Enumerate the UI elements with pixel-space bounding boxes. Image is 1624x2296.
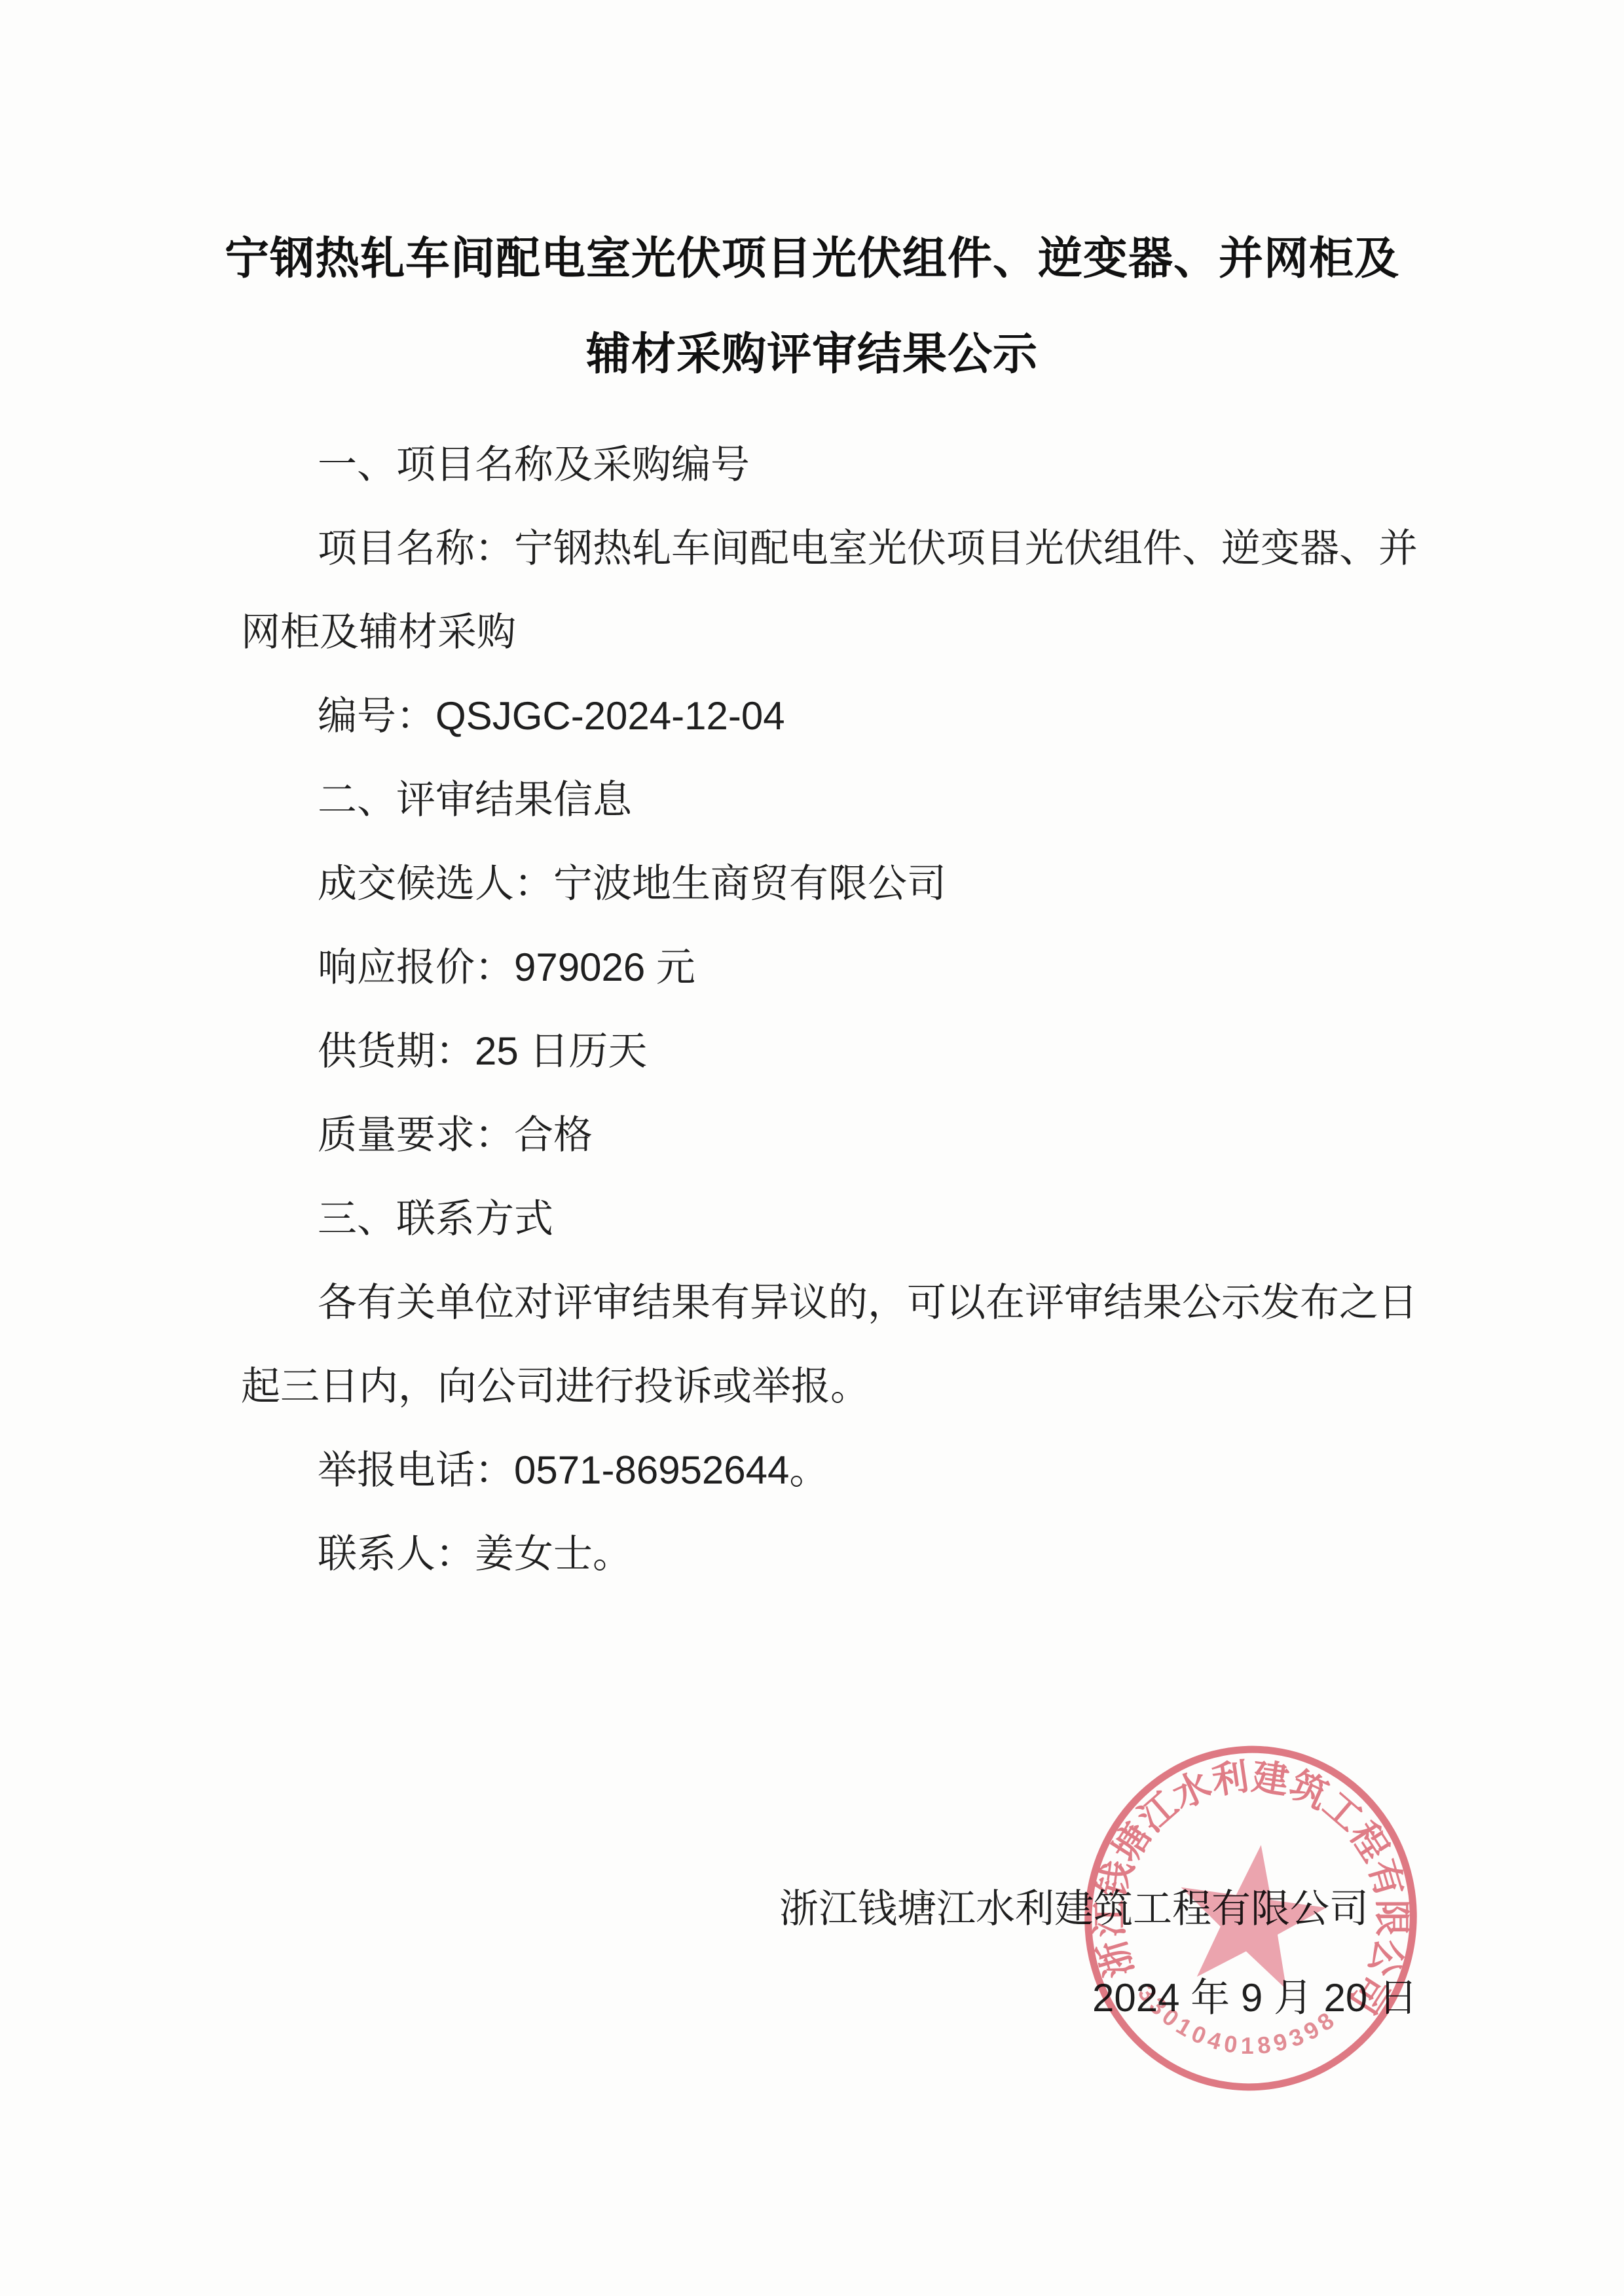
document-body: 一、项目名称及采购编号 项目名称：宁钢热轧车间配电室光伏项目光伏组件、逆变器、并… — [241, 423, 1420, 1596]
quality-requirement: 质量要求：合格 — [241, 1093, 1420, 1177]
section3-heading: 三、联系方式 — [241, 1177, 1420, 1261]
project-name-line-1: 项目名称：宁钢热轧车间配电室光伏项目光伏组件、逆变器、并 — [241, 507, 1420, 591]
report-phone: 举报电话：0571-86952644。 — [241, 1429, 1420, 1512]
winning-candidate: 成交候选人：宁波地生商贸有限公司 — [241, 842, 1420, 926]
procurement-number: 编号：QSJGC-2024-12-04 — [241, 674, 1420, 758]
signature-date: 2024 年 9 月 20 日 — [1092, 1972, 1418, 2024]
section2-heading: 二、评审结果信息 — [241, 758, 1420, 842]
objection-notice-line-2: 起三日内，向公司进行投诉或举报。 — [241, 1345, 1420, 1429]
objection-notice-line-1: 各有关单位对评审结果有异议的，可以在评审结果公示发布之日 — [241, 1261, 1420, 1345]
bid-price: 响应报价：979026 元 — [241, 926, 1420, 1010]
section1-heading: 一、项目名称及采购编号 — [241, 423, 1420, 507]
document-title: 宁钢热轧车间配电室光伏项目光伏组件、逆变器、并网柜及 辅材采购评审结果公示 — [0, 228, 1624, 386]
signature-company: 浙江钱塘江水利建筑工程有限公司 — [779, 1883, 1369, 1935]
title-line-2: 辅材采购评审结果公示 — [0, 323, 1624, 386]
title-line-1: 宁钢热轧车间配电室光伏项目光伏组件、逆变器、并网柜及 — [0, 228, 1624, 290]
document-page: 宁钢热轧车间配电室光伏项目光伏组件、逆变器、并网柜及 辅材采购评审结果公示 一、… — [0, 0, 1624, 2296]
contact-person: 联系人：姜女士。 — [241, 1512, 1420, 1596]
project-name-line-2: 网柜及辅材采购 — [241, 591, 1420, 674]
delivery-period: 供货期：25 日历天 — [241, 1010, 1420, 1093]
